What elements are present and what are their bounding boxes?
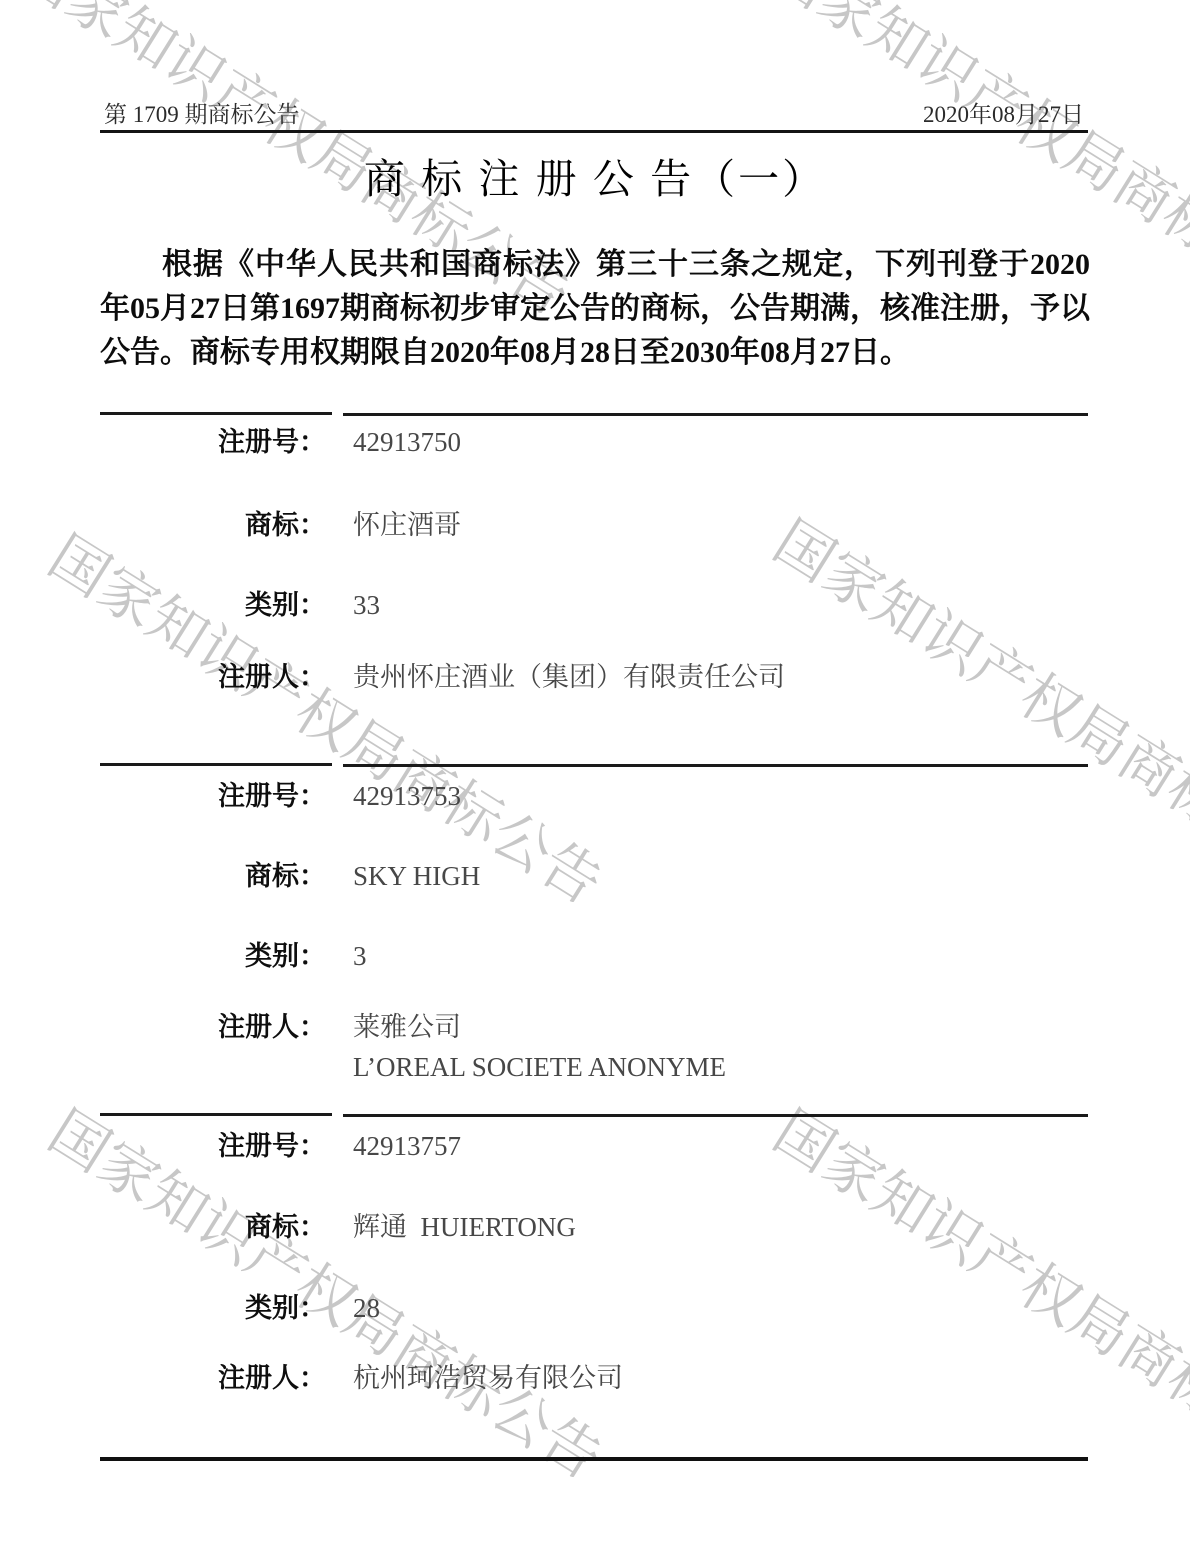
entry-reg-no: 42913757 (353, 1131, 461, 1161)
entry-class: 3 (353, 941, 367, 971)
field-label-mark: 商标： (100, 510, 326, 540)
field-label-reg-no: 注册号： (100, 427, 326, 457)
intro-paragraph: 根据《中华人民共和国商标法》第三十三条之规定，下列刊登于2020年05月27日第… (100, 243, 1090, 375)
field-label-registrant: 注册人： (100, 1012, 326, 1042)
field-label-reg-no: 注册号： (100, 781, 326, 811)
separator-line-segment (100, 1113, 332, 1116)
entry-mark: 辉通 HUIERTONG (353, 1212, 576, 1242)
entry-registrant-latin: L’OREAL SOCIETE ANONYME (353, 1052, 726, 1082)
entry-mark: 怀庄酒哥 (353, 510, 461, 540)
page-title: 商 标 注 册 公 告（一） (0, 146, 1190, 205)
field-label-registrant: 注册人： (100, 662, 326, 692)
entry-class: 28 (353, 1293, 380, 1323)
field-label-class: 类别： (100, 1293, 326, 1323)
field-label-reg-no: 注册号： (100, 1131, 326, 1161)
separator-line-segment (100, 763, 332, 766)
bottom-rule (100, 1457, 1088, 1461)
entry-registrant: 杭州珂浩贸易有限公司 (353, 1363, 623, 1393)
separator-line-segment (343, 764, 1088, 767)
field-label-mark: 商标： (100, 861, 326, 891)
gazette-issue-label: 第 1709 期商标公告 (104, 96, 300, 129)
separator-line-segment (343, 1114, 1088, 1117)
field-label-class: 类别： (100, 590, 326, 620)
entry-registrant: 贵州怀庄酒业（集团）有限责任公司 (353, 662, 785, 692)
field-label-registrant: 注册人： (100, 1363, 326, 1393)
entry-reg-no: 42913750 (353, 427, 461, 457)
page-content: 第 1709 期商标公告 2020年08月27日 商 标 注 册 公 告（一） … (0, 0, 1190, 1564)
separator-line-segment (100, 412, 332, 415)
field-label-class: 类别： (100, 941, 326, 971)
entry-reg-no: 42913753 (353, 781, 461, 811)
entry-registrant: 莱雅公司 (353, 1012, 461, 1042)
gazette-date: 2020年08月27日 (923, 96, 1084, 129)
separator-line-segment (343, 413, 1088, 416)
header-rule (100, 130, 1088, 133)
gazette-page: 国家知识产权局商标公告 国家知识产权局商标公告 国家知识产权局商标公告 国家知识… (0, 0, 1190, 1564)
field-label-mark: 商标： (100, 1212, 326, 1242)
entry-class: 33 (353, 590, 380, 620)
entry-mark: SKY HIGH (353, 861, 480, 891)
